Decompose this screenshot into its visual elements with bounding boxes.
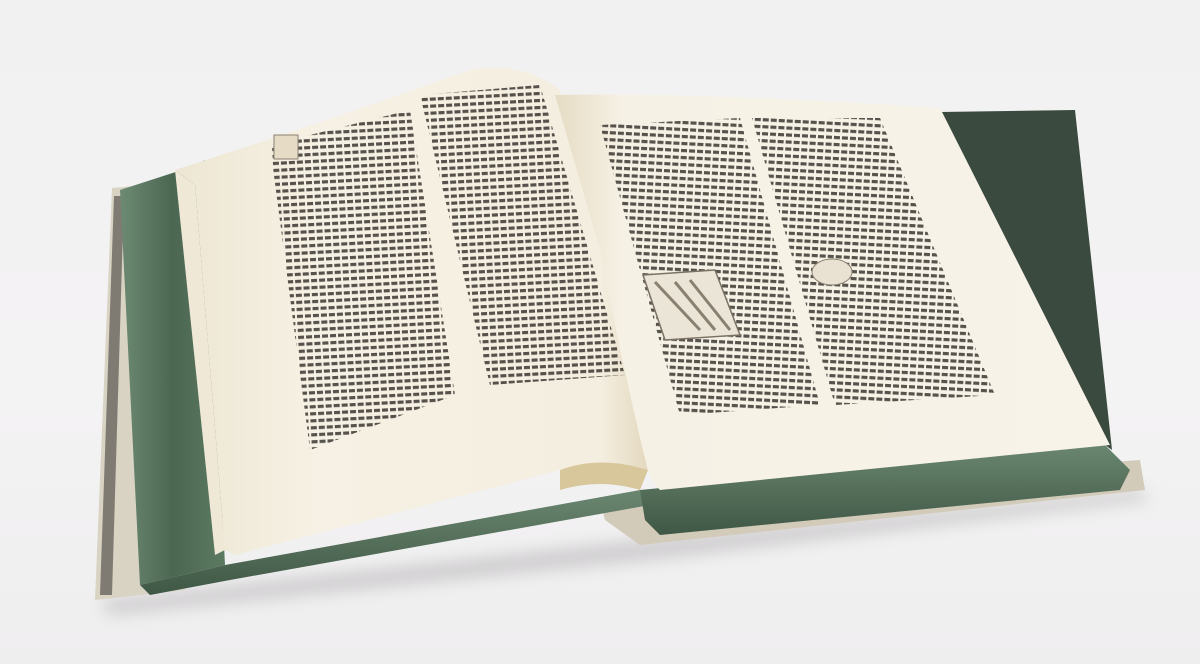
decorated-initial-o-icon (812, 259, 852, 285)
open-book-illustration (0, 0, 1200, 664)
photo-scene: arcubus arcubus (0, 0, 1200, 664)
left-page-initial-icon (274, 135, 298, 159)
left-page-curl (560, 463, 648, 491)
